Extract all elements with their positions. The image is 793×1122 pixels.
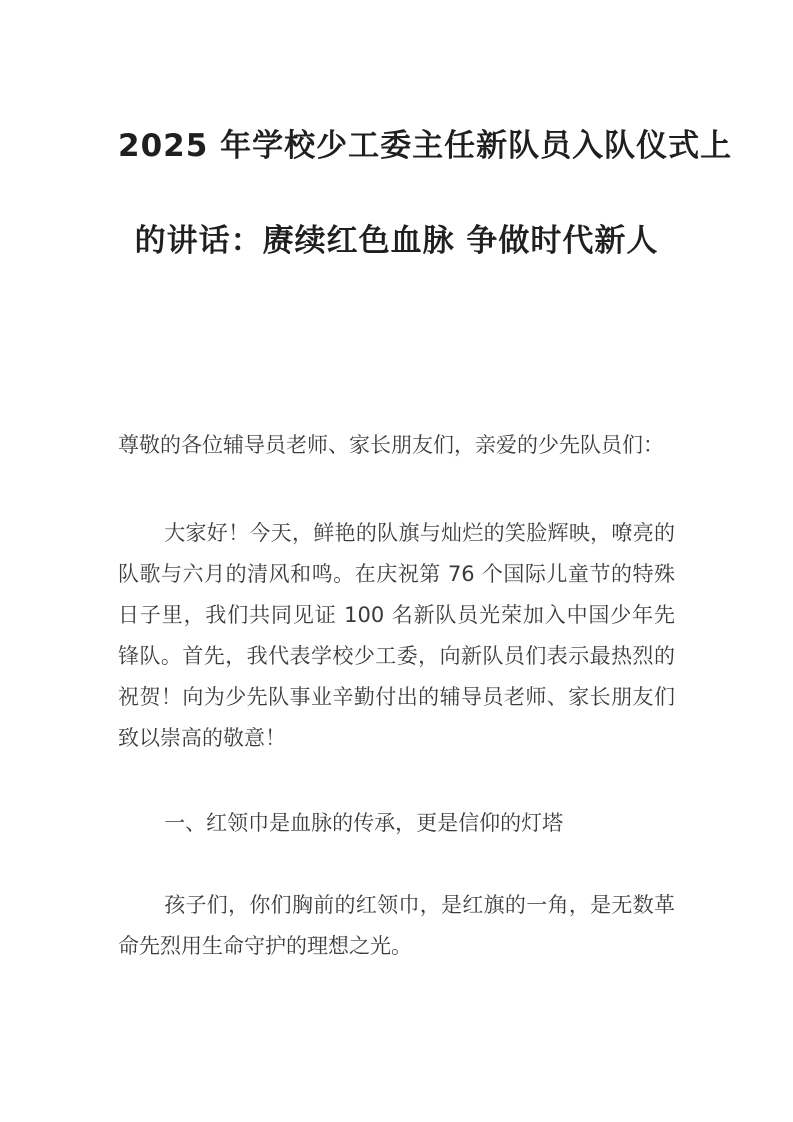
document-page: 2025 年学校少工委主任新队员入队仪式上 的讲话：赓续红色血脉 争做时代新人 … [0,0,793,1122]
opening-paragraph: 大家好！今天，鲜艳的队旗与灿烂的笑脸辉映，嘹亮的队歌与六月的清风和鸣。在庆祝第 … [118,513,675,759]
document-title-line-2: 的讲话：赓续红色血脉 争做时代新人 [118,194,675,289]
document-title: 2025 年学校少工委主任新队员入队仪式上 的讲话：赓续红色血脉 争做时代新人 [118,99,675,289]
section-heading-1: 一、红领巾是血脉的传承，更是信仰的灯塔 [118,803,675,844]
section-body-paragraph: 孩子们，你们胸前的红领巾，是红旗的一角，是无数革命先烈用生命守护的理想之光。 [118,885,675,967]
salutation-paragraph: 尊敬的各位辅导员老师、家长朋友们，亲爱的少先队员们： [118,425,675,466]
document-title-line-1: 2025 年学校少工委主任新队员入队仪式上 [118,99,675,194]
